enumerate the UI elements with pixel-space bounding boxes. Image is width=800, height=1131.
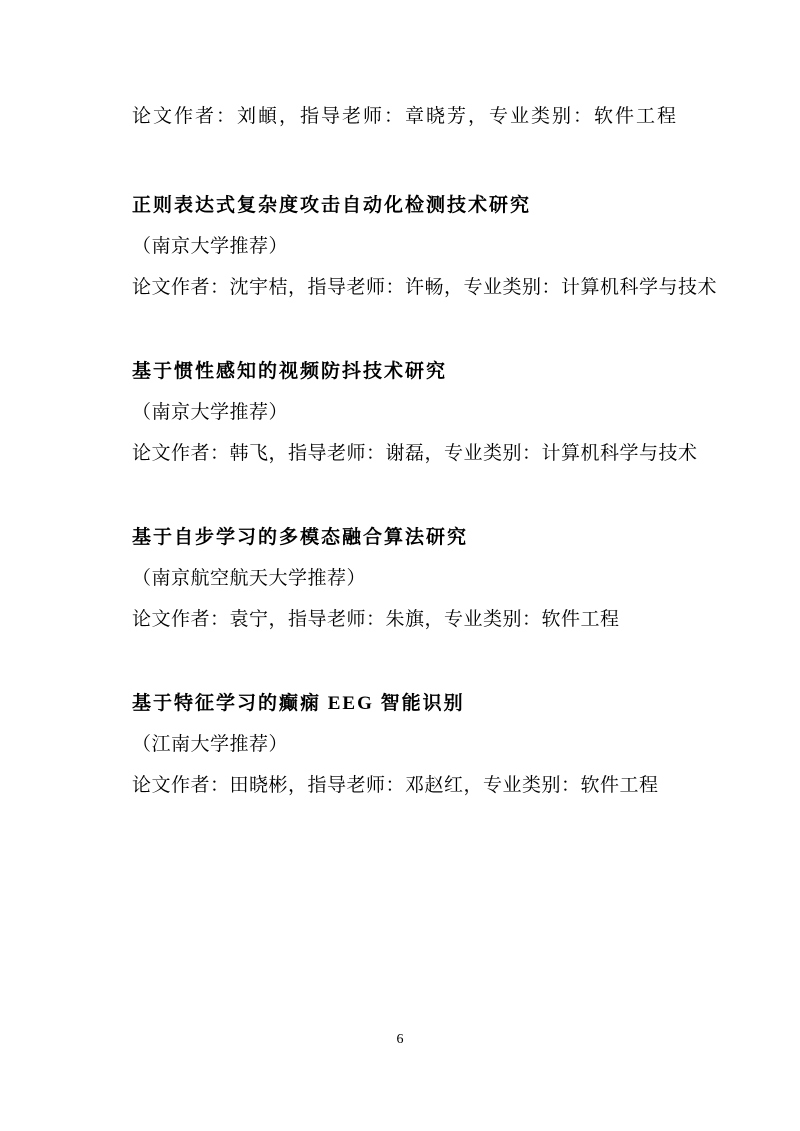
thesis-title: 基于惯性感知的视频防抖技术研究 [132,351,690,392]
author-line: 论文作者：韩飞，指导老师：谢磊，专业类别：计算机科学与技术 [132,433,690,474]
author-line: 论文作者：沈宇桔，指导老师：许畅，专业类别：计算机科学与技术 [132,267,690,308]
thesis-title: 基于自步学习的多模态融合算法研究 [132,517,690,558]
recommending-university: （江南大学推荐） [132,724,690,765]
author-line: 论文作者：田晓彬，指导老师：邓赵红，专业类别：软件工程 [132,765,690,806]
thesis-entry: 基于惯性感知的视频防抖技术研究 （南京大学推荐） 论文作者：韩飞，指导老师：谢磊… [132,351,690,474]
page-number: 6 [0,1031,800,1049]
thesis-title: 基于特征学习的癫痫 EEG 智能识别 [132,683,690,724]
thesis-entry: 基于特征学习的癫痫 EEG 智能识别 （江南大学推荐） 论文作者：田晓彬，指导老… [132,683,690,806]
document-page: 论文作者：刘頔，指导老师：章晓芳，专业类别：软件工程 正则表达式复杂度攻击自动化… [0,0,800,1131]
recommending-university: （南京大学推荐） [132,226,690,267]
page-body: 论文作者：刘頔，指导老师：章晓芳，专业类别：软件工程 正则表达式复杂度攻击自动化… [132,96,690,806]
recommending-university: （南京航空航天大学推荐） [132,558,690,599]
thesis-entry: 正则表达式复杂度攻击自动化检测技术研究 （南京大学推荐） 论文作者：沈宇桔，指导… [132,185,690,308]
recommending-university: （南京大学推荐） [132,392,690,433]
author-line: 论文作者：袁宁，指导老师：朱旗，专业类别：软件工程 [132,599,690,640]
thesis-entry: 基于自步学习的多模态融合算法研究 （南京航空航天大学推荐） 论文作者：袁宁，指导… [132,517,690,640]
thesis-title: 正则表达式复杂度攻击自动化检测技术研究 [132,185,690,226]
continued-author-line: 论文作者：刘頔，指导老师：章晓芳，专业类别：软件工程 [132,96,690,137]
